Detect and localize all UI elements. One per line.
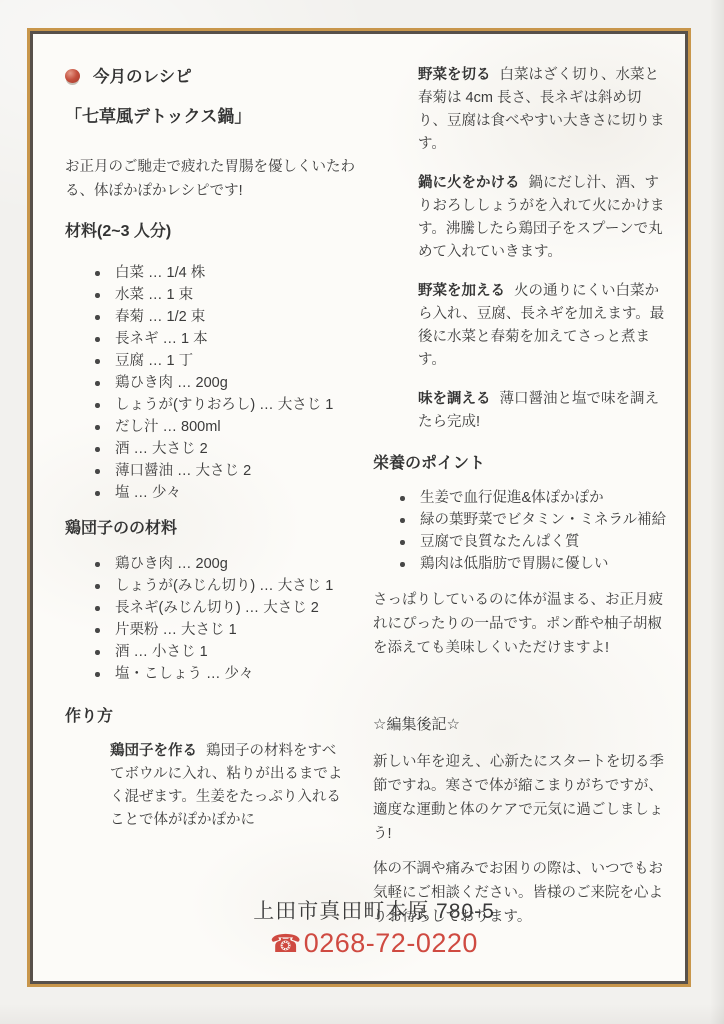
telephone-icon: ☎ (270, 930, 302, 958)
list-item: 白菜 … 1/4 株 (93, 262, 360, 284)
list-item: 長ネギ(みじん切り) … 大さじ 2 (93, 597, 360, 619)
step-label: 野菜を切る (418, 67, 491, 83)
list-item: 春菊 … 1/2 束 (93, 306, 360, 328)
left-column: 今月のレシピ 「七草風デトックス鍋」 お正月のご馳走で疲れた胃腸を優しくいたわる… (65, 64, 360, 832)
list-item: だし汁 … 800ml (93, 416, 360, 438)
list-item: 緑の葉野菜でビタミン・ミネラル補給 (398, 509, 673, 531)
clinic-contact-footer: 上田市真田町本原 780-5 ☎0268-72-0220 (63, 898, 685, 960)
editor-note-heading: ☆編集後記☆ (373, 713, 673, 735)
phone-number: 0268-72-0220 (304, 928, 478, 958)
step-label: 鶏団子を作る (110, 743, 197, 759)
direction-step: 野菜を加える火の通りにくい白菜から入れ、豆腐、長ネギを加えます。最後に水菜と春菊… (418, 280, 670, 372)
meatball-ingredients-list: 鶏ひき肉 … 200g しょうが(みじん切り) … 大さじ 1 長ネギ(みじん切… (65, 553, 360, 685)
list-item: 塩 … 少々 (93, 482, 360, 504)
plum-bullet-icon (65, 69, 80, 83)
list-item: 鶏ひき肉 … 200g (93, 372, 360, 394)
list-item: 生姜で血行促進&体ぽかぽか (398, 487, 673, 509)
section-header: 今月のレシピ (65, 64, 360, 86)
clinic-address: 上田市真田町本原 780-5 (63, 898, 685, 925)
direction-step: 野菜を切る白菜はざく切り、水菜と春菊は 4cm 長さ、長ネギは斜め切り、豆腐は食… (418, 64, 670, 156)
step-label: 野菜を加える (418, 283, 505, 299)
ingredients-list: 白菜 … 1/4 株 水菜 … 1 束 春菊 … 1/2 束 長ネギ … 1 本… (65, 262, 360, 504)
newsletter-page: 今月のレシピ 「七草風デトックス鍋」 お正月のご馳走で疲れた胃腸を優しくいたわる… (30, 31, 688, 984)
recipe-intro: お正月のご馳走で疲れた胃腸を優しくいたわる、体ぽかぽかレシピです! (65, 155, 360, 203)
nutrition-heading: 栄養のポイント (373, 450, 673, 472)
editor-note-paragraph: 新しい年を迎え、心新たにスタートを切る季節ですね。寒さで体が縮こまりがちですが、… (373, 750, 671, 846)
clinic-phone: ☎0268-72-0220 (63, 927, 685, 960)
right-column: 野菜を切る白菜はざく切り、水菜と春菊は 4cm 長さ、長ネギは斜め切り、豆腐は食… (373, 64, 673, 929)
recipe-name: 「七草風デトックス鍋」 (65, 102, 360, 126)
list-item: 長ネギ … 1 本 (93, 328, 360, 350)
list-item: 豆腐で良質なたんぱく質 (398, 531, 673, 553)
direction-step: 鍋に火をかける鍋にだし汁、酒、すりおろししょうがを入れて火にかけます。沸騰したら… (418, 172, 670, 264)
step-label: 鍋に火をかける (418, 175, 520, 191)
list-item: しょうが(すりおろし) … 大さじ 1 (93, 394, 360, 416)
list-item: 豆腐 … 1 丁 (93, 350, 360, 372)
list-item: 塩・こしょう … 少々 (93, 663, 360, 685)
ingredients-heading: 材料(2~3 人分) (65, 218, 360, 240)
direction-step: 鶏団子を作る鶏団子の材料をすべてボウルに入れ、粘りが出るまでよく混ぜます。生姜を… (110, 740, 350, 832)
page-border-frame: 今月のレシピ 「七草風デトックス鍋」 お正月のご馳走で疲れた胃腸を優しくいたわる… (27, 28, 691, 987)
direction-step: 味を調える薄口醤油と塩で味を調えたら完成! (418, 388, 670, 434)
nutrition-list: 生姜で血行促進&体ぽかぽか 緑の葉野菜でビタミン・ミネラル補給 豆腐で良質なたん… (373, 487, 673, 575)
monthly-recipe-title: 今月のレシピ (93, 63, 192, 87)
list-item: しょうが(みじん切り) … 大さじ 1 (93, 575, 360, 597)
list-item: 酒 … 大さじ 2 (93, 438, 360, 460)
step-label: 味を調える (418, 391, 491, 407)
list-item: 片栗粉 … 大さじ 1 (93, 619, 360, 641)
scanned-recipe-newsletter: { "header": { "title": "今月のレシピ" }, "reci… (0, 0, 724, 1024)
closing-comment: さっぱりしているのに体が温まる、お正月疲れにぴったりの一品です。ポン酢や柚子胡椒… (373, 588, 671, 660)
list-item: 薄口醤油 … 大さじ 2 (93, 460, 360, 482)
list-item: 鶏肉は低脂肪で胃腸に優しい (398, 553, 673, 575)
directions-heading: 作り方 (65, 703, 360, 725)
list-item: 水菜 … 1 束 (93, 284, 360, 306)
list-item: 鶏ひき肉 … 200g (93, 553, 360, 575)
meatball-ingredients-heading: 鶏団子のの材料 (65, 515, 360, 537)
list-item: 酒 … 小さじ 1 (93, 641, 360, 663)
